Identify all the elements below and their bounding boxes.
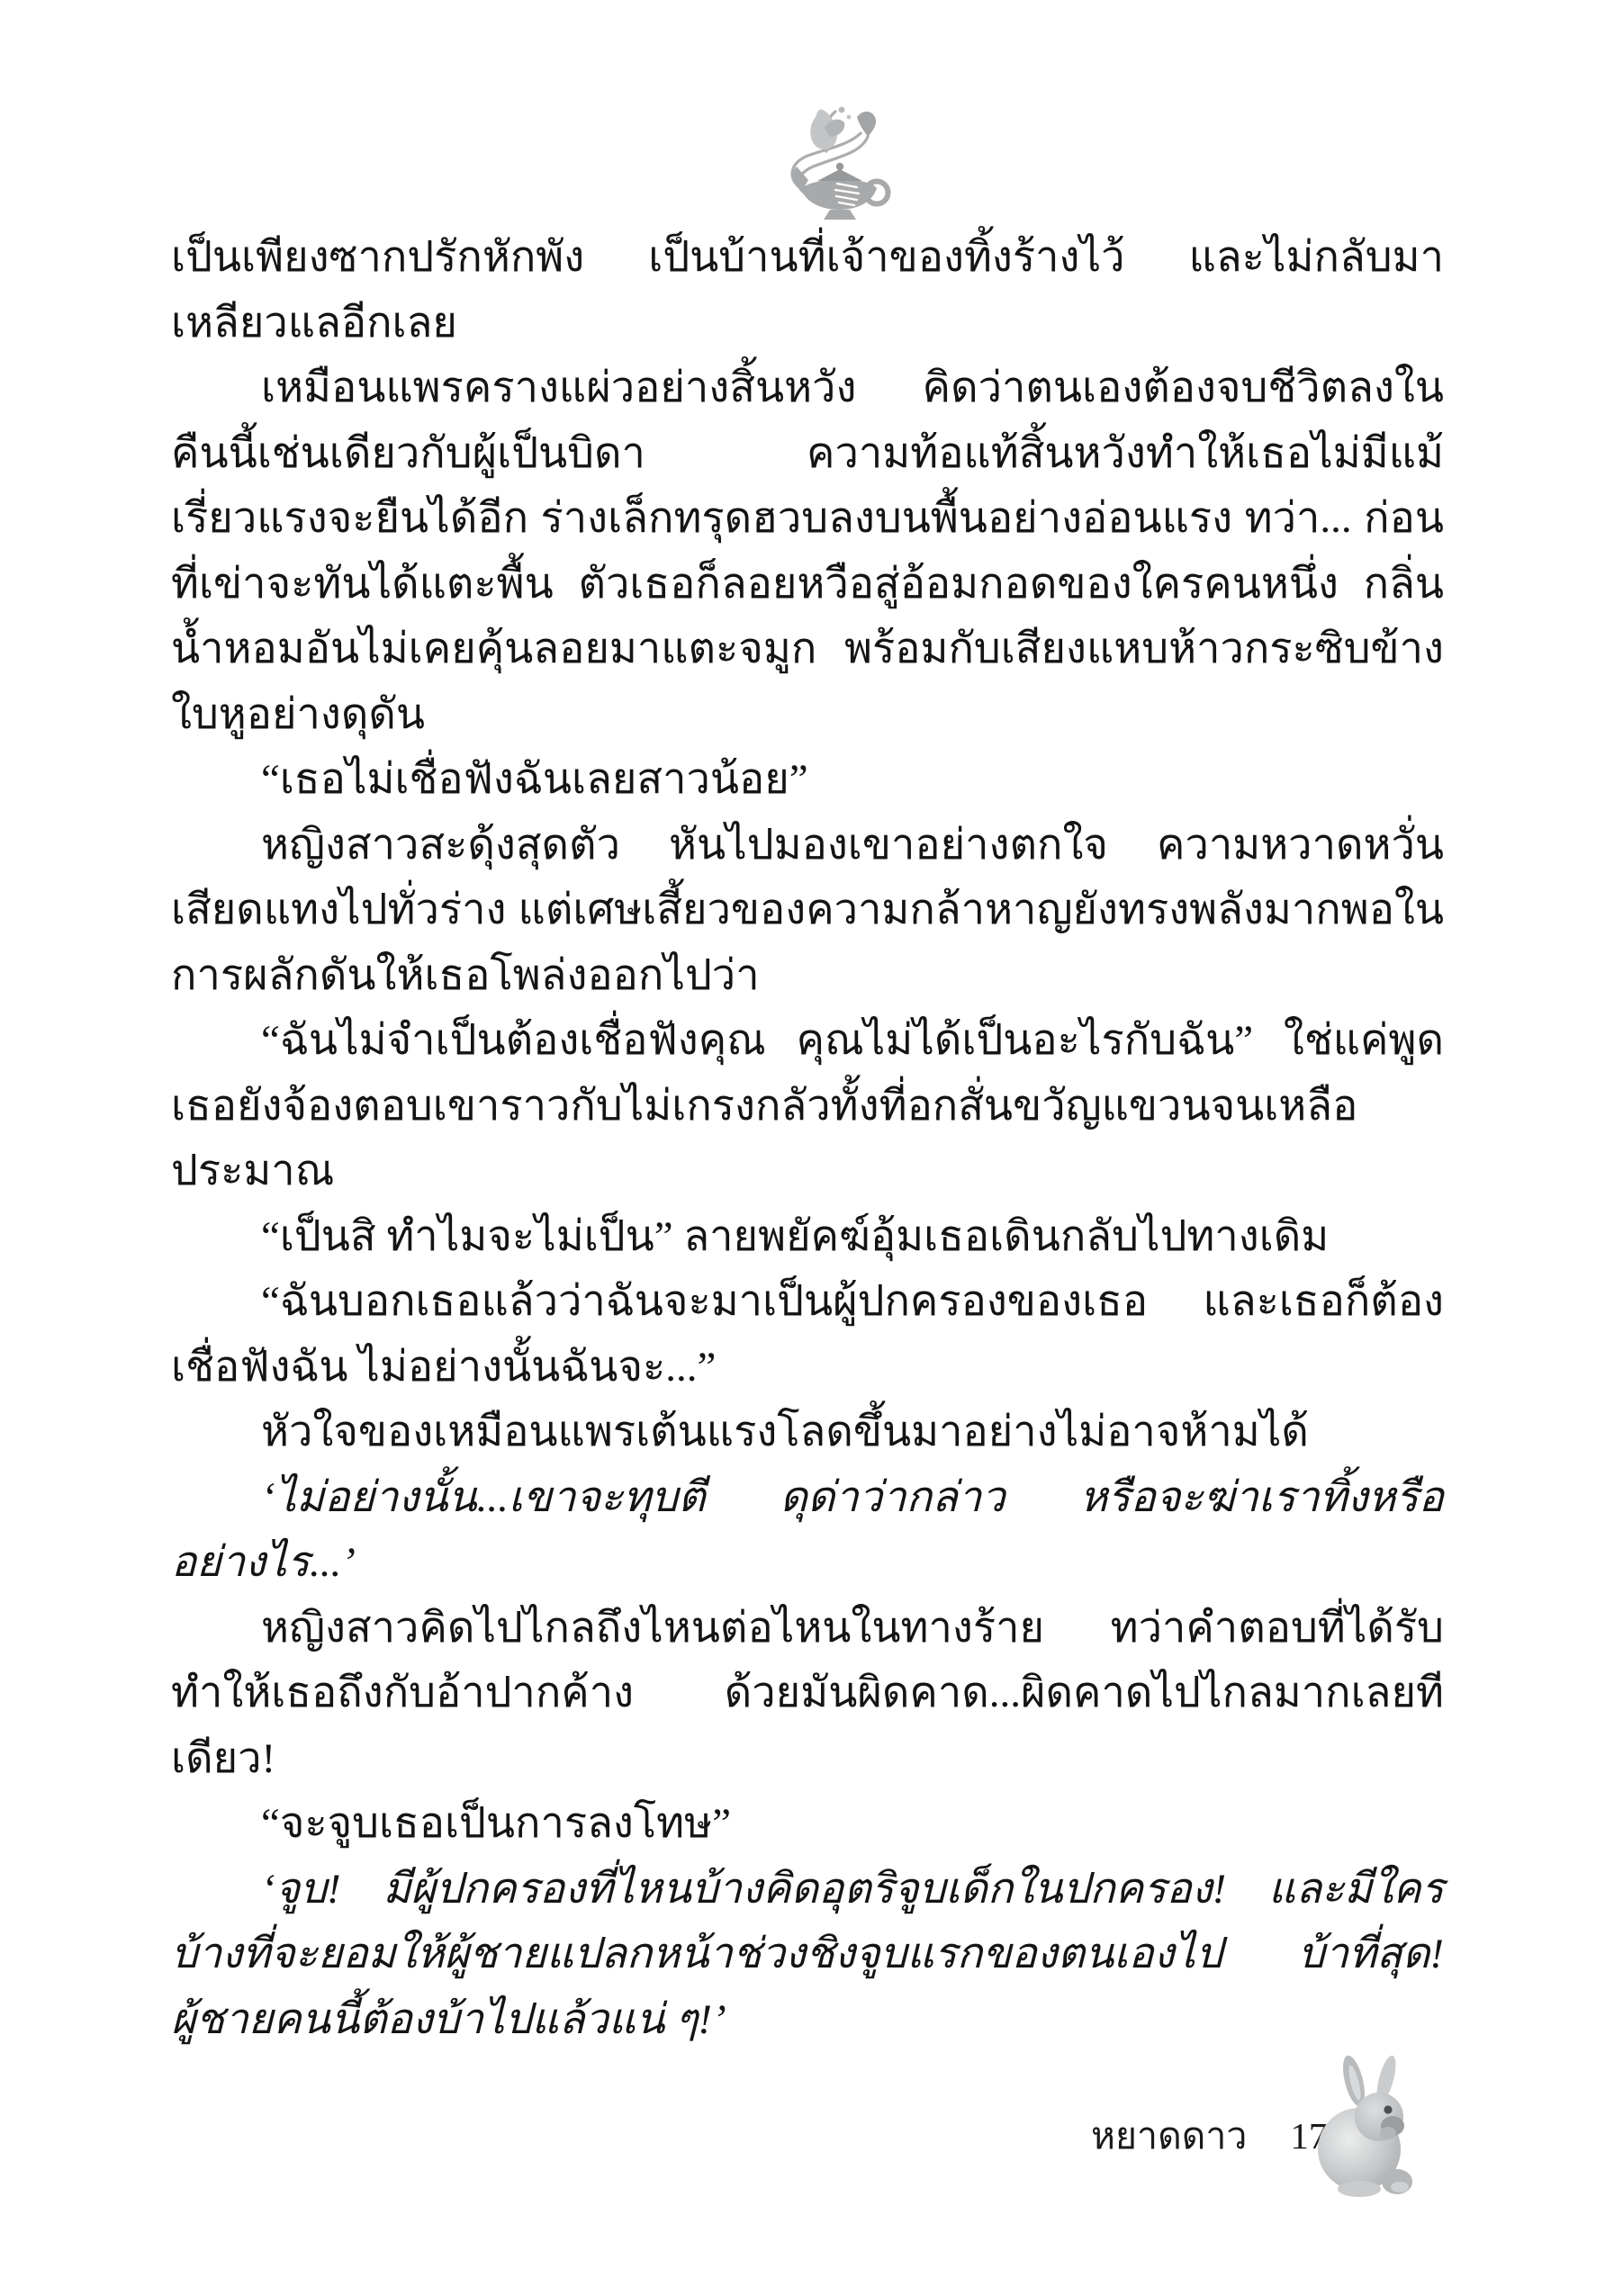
- teapot-ornament-icon: [785, 97, 895, 223]
- paragraph-dialogue: “จะจูบเธอเป็นการลงโทษ”: [171, 1791, 1444, 1857]
- paragraph: หญิงสาวคิดไปไกลถึงไหนต่อไหนในทางร้าย ทว่…: [171, 1596, 1444, 1792]
- page-text: เป็นเพียงซากปรักหักพัง เป็นบ้านที่เจ้าขอ…: [171, 225, 1444, 2052]
- paragraph: หัวใจของเหมือนแพรเต้นแรงโลดขึ้นมาอย่างไม…: [171, 1400, 1444, 1465]
- paragraph: เป็นเพียงซากปรักหักพัง เป็นบ้านที่เจ้าขอ…: [171, 225, 1444, 356]
- paragraph-dialogue: “เป็นสิ ทำไมจะไม่เป็น” ลายพยัคฆ์อุ้มเธอเ…: [171, 1204, 1444, 1270]
- paragraph: เหมือนแพรครางแผ่วอย่างสิ้นหวัง คิดว่าตนเ…: [171, 356, 1444, 747]
- paragraph-inner-thought: ‘ไม่อย่างนั้น...เขาจะทุบตี ดุด่าว่ากล่าว…: [171, 1465, 1444, 1596]
- paragraph-dialogue: “ฉันบอกเธอแล้วว่าฉันจะมาเป็นผู้ปกครองของ…: [171, 1269, 1444, 1400]
- paragraph-inner-thought: ‘จูบ! มีผู้ปกครองที่ไหนบ้างคิดอุตริจูบเด…: [171, 1857, 1444, 2053]
- page-footer: หยาดดาว 17: [1091, 2113, 1327, 2158]
- paragraph: หญิงสาวสะดุ้งสุดตัว หันไปมองเขาอย่างตกใจ…: [171, 813, 1444, 1009]
- rabbit-icon: [1307, 2052, 1431, 2205]
- book-page: เป็นเพียงซากปรักหักพัง เป็นบ้านที่เจ้าขอ…: [0, 0, 1605, 2296]
- paragraph-dialogue: “เธอไม่เชื่อฟังฉันเลยสาวน้อย”: [171, 747, 1444, 813]
- paragraph-dialogue: “ฉันไม่จำเป็นต้องเชื่อฟังคุณ คุณไม่ได้เป…: [171, 1008, 1444, 1204]
- book-title: หยาดดาว: [1091, 2113, 1247, 2158]
